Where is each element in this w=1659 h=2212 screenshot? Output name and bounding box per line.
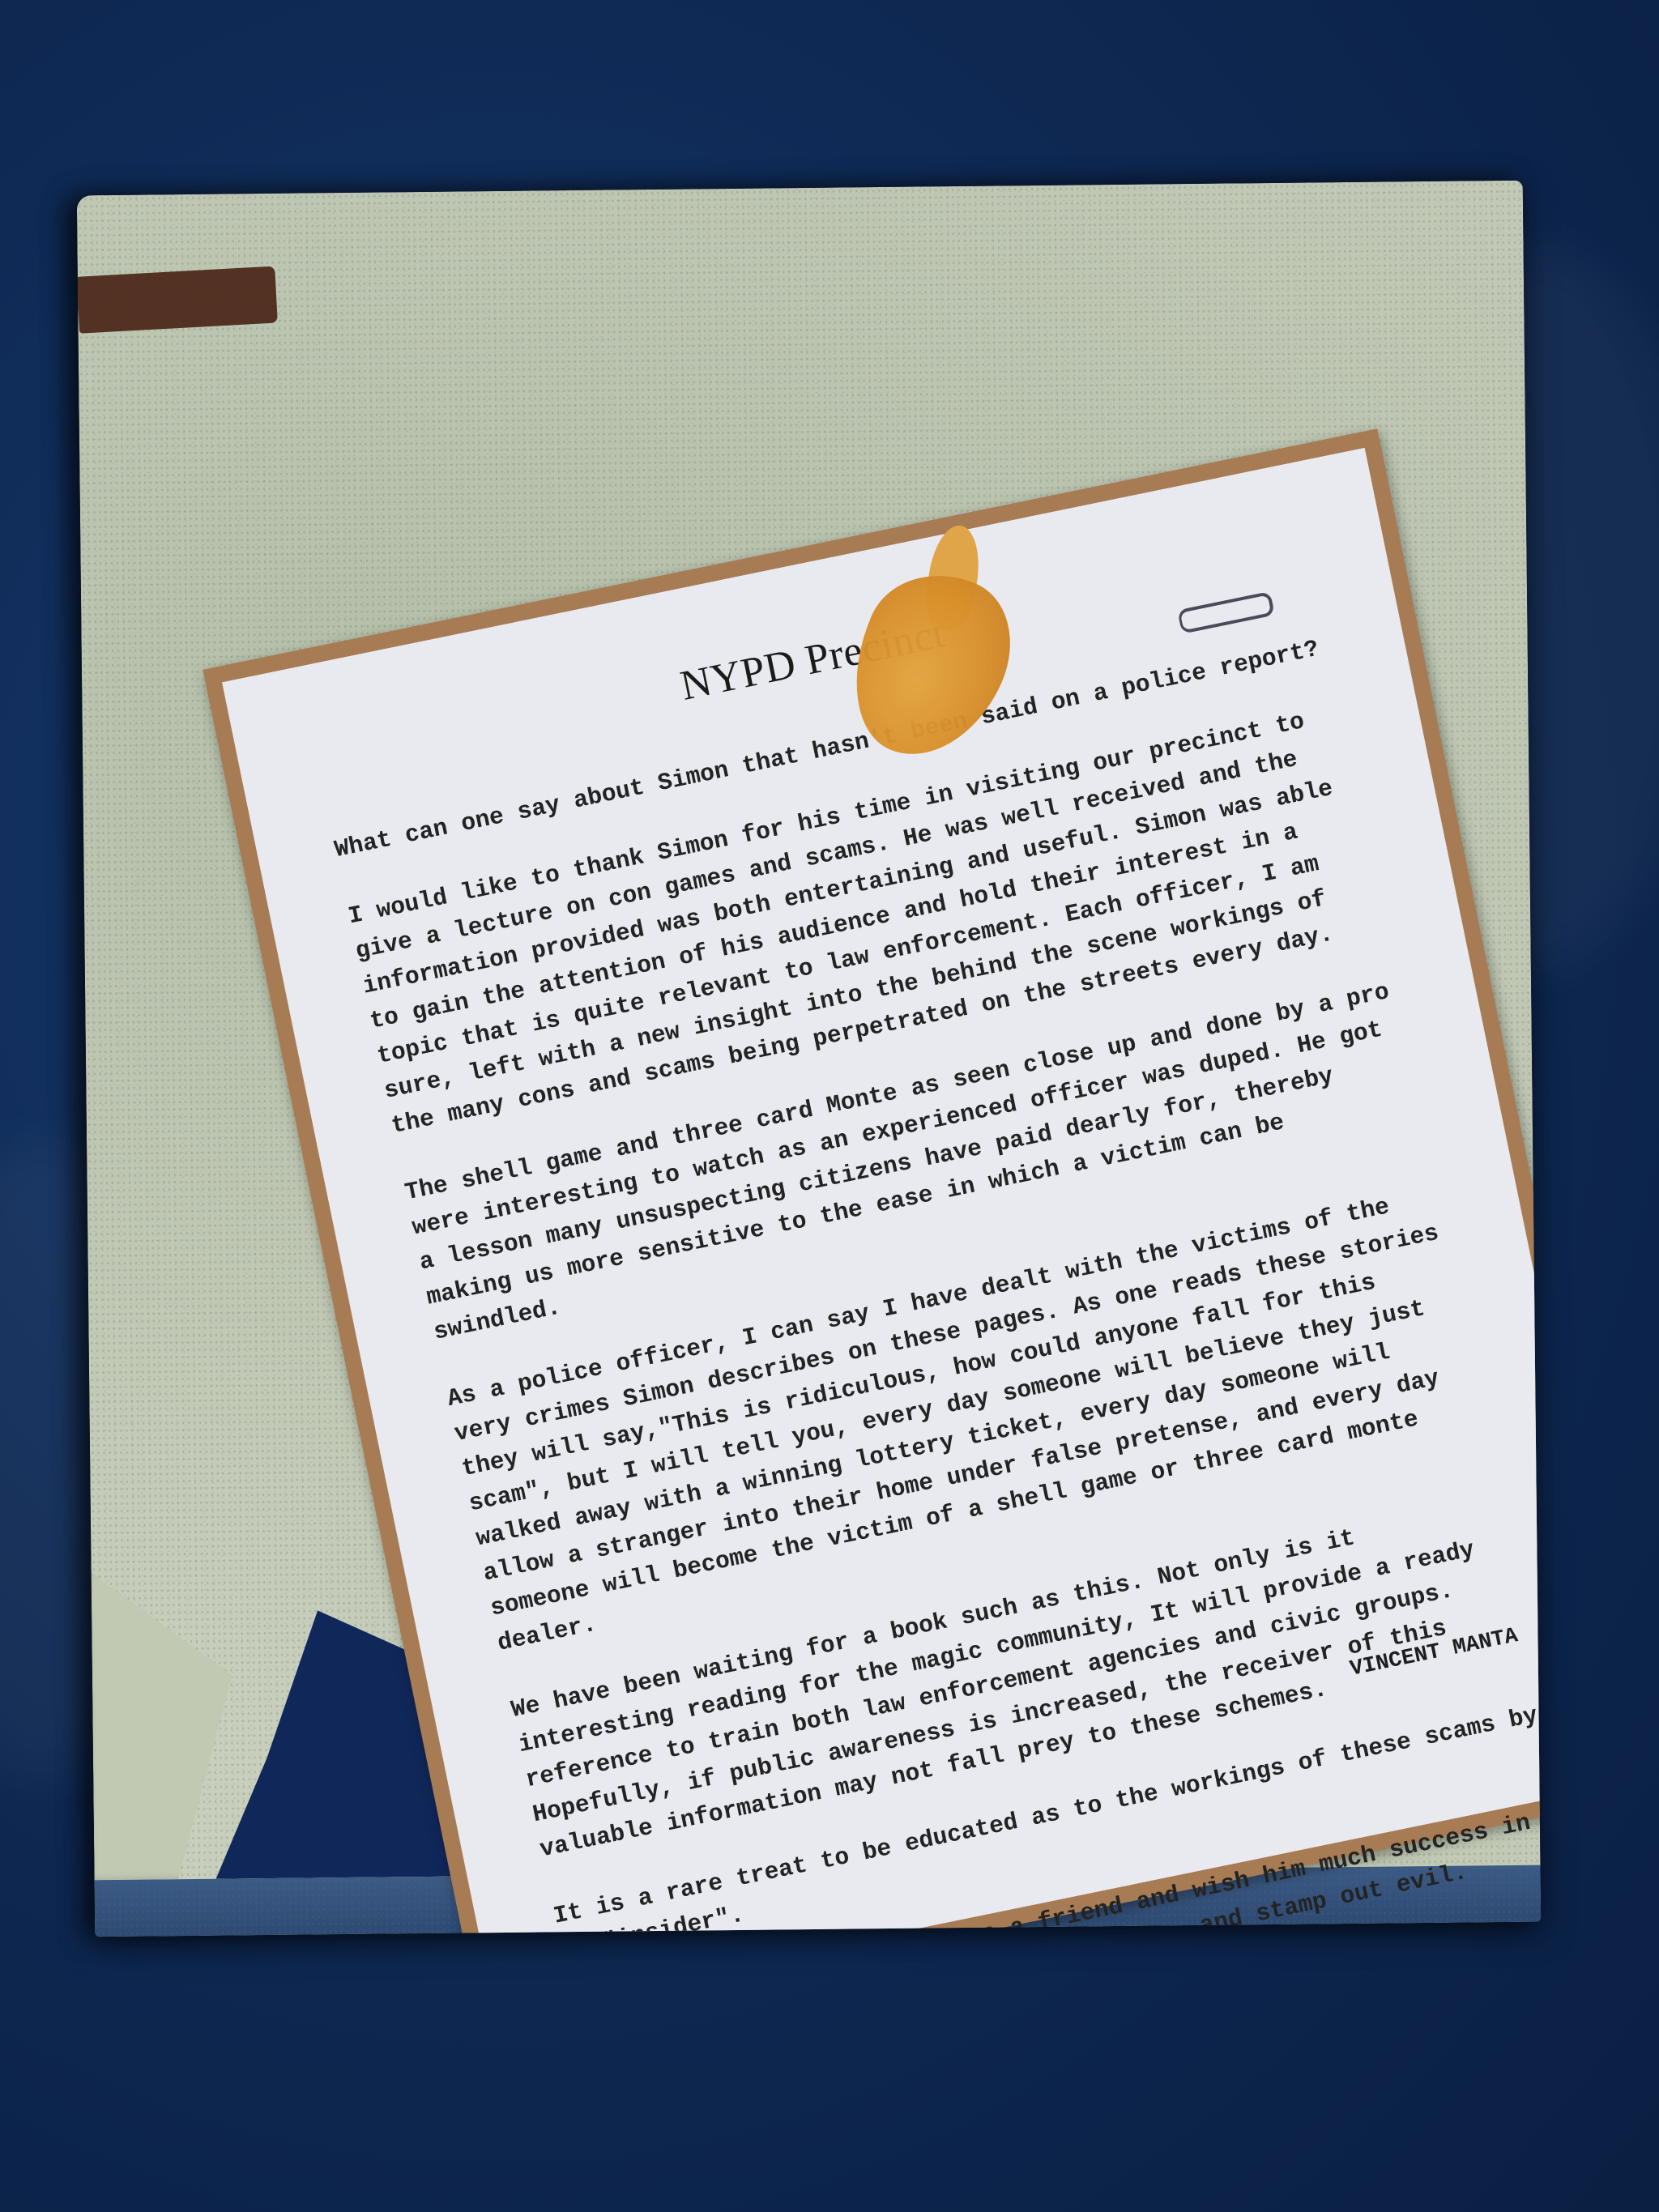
endorsement-letter: NYPD Precinct What can one say about Sim… [222,448,1541,1937]
book-back-cover: NYPD Precinct What can one say about Sim… [77,181,1541,1937]
tape-residue-stain [77,266,278,334]
